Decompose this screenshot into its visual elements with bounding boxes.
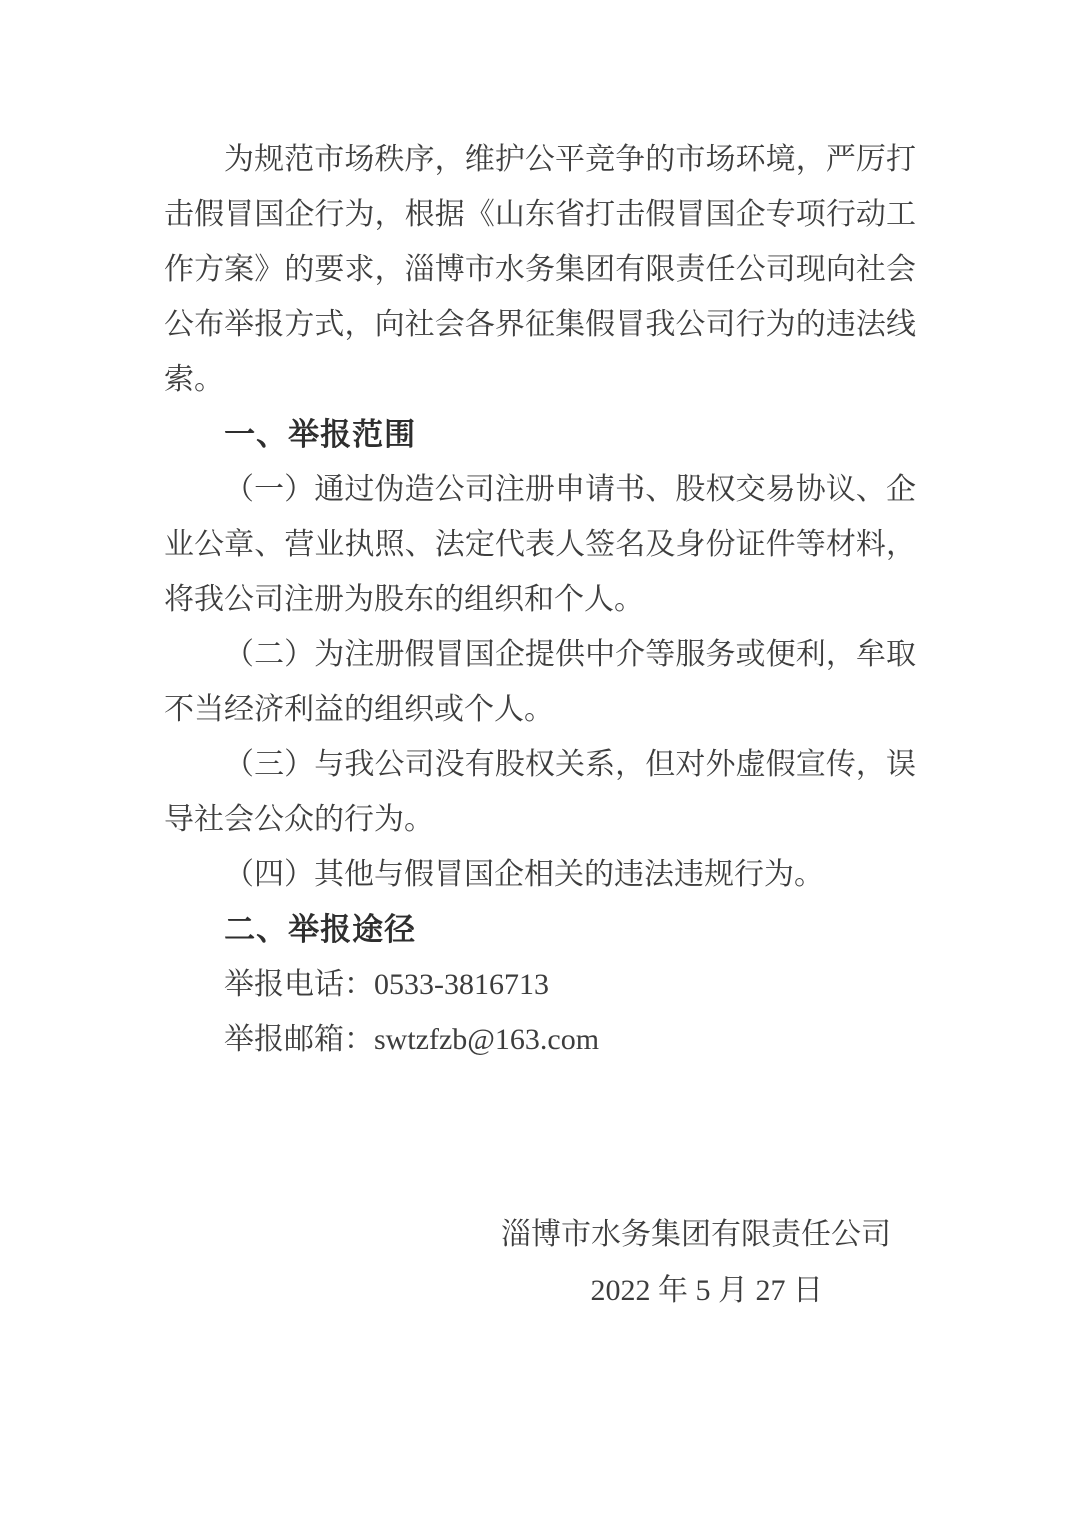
- scope-item-4: （四）其他与假冒国企相关的违法违规行为。: [164, 847, 916, 902]
- section-scope-heading: 一、举报范围: [164, 407, 916, 462]
- scope-item-3: （三）与我公司没有股权关系，但对外虚假宣传，误导社会公众的行为。: [164, 737, 916, 847]
- report-phone-line: 举报电话：0533-3816713: [164, 957, 916, 1012]
- scope-item-1: （一）通过伪造公司注册申请书、股权交易协议、企业公章、营业执照、法定代表人签名及…: [164, 462, 916, 627]
- intro-paragraph: 为规范市场秩序，维护公平竞争的市场环境，严厉打击假冒国企行为，根据《山东省打击假…: [164, 132, 916, 407]
- notice-document-page: 为规范市场秩序，维护公平竞争的市场环境，严厉打击假冒国企行为，根据《山东省打击假…: [0, 0, 1080, 1527]
- scope-item-2: （二）为注册假冒国企提供中介等服务或便利，牟取不当经济利益的组织或个人。: [164, 627, 916, 737]
- section-channels-heading: 二、举报途径: [164, 902, 916, 957]
- signature-date: 2022 年 5 月 27 日: [164, 1262, 916, 1320]
- report-email-line: 举报邮箱：swtzfzb@163.com: [164, 1012, 916, 1067]
- signature-company: 淄博市水务集团有限责任公司: [164, 1207, 916, 1262]
- signature-spacer: [164, 1067, 916, 1207]
